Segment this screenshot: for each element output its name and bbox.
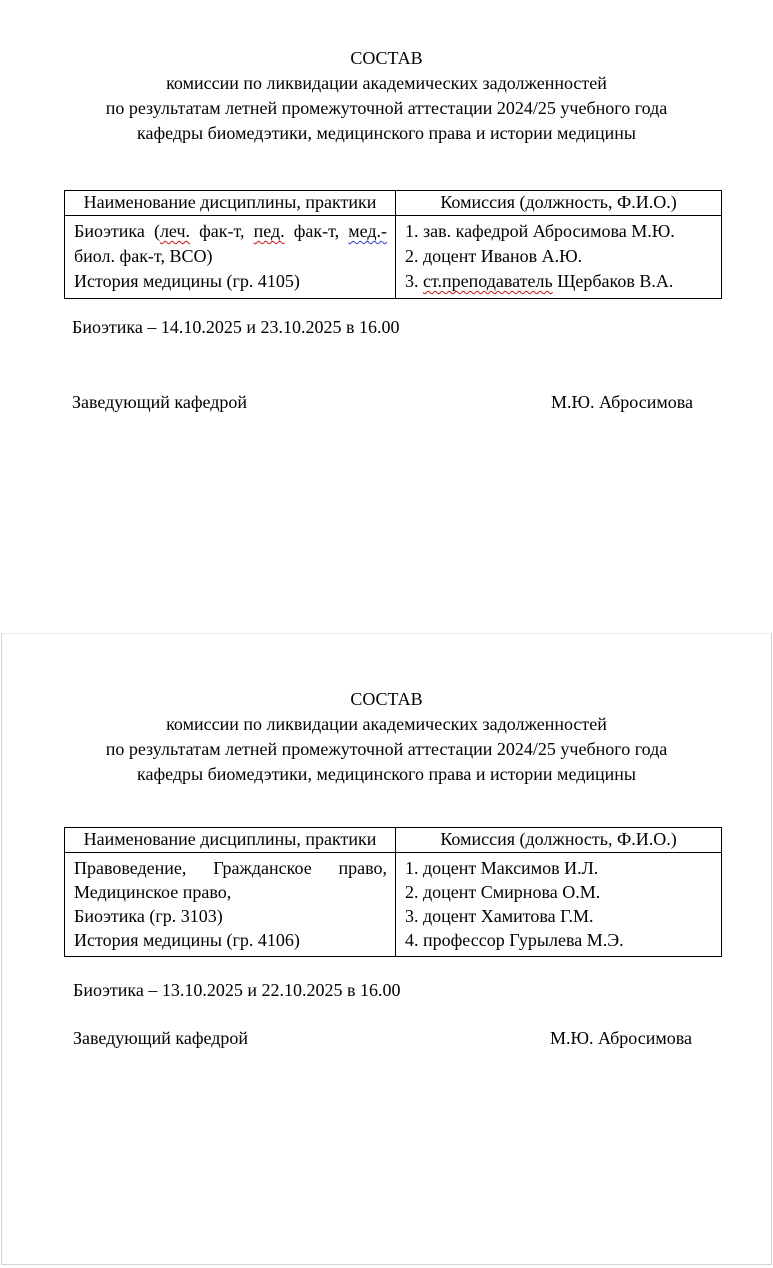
table-header-row: Наименование дисциплины, практики Комисс… (65, 191, 722, 216)
discipline-cell: Биоэтика (леч. фак-т, пед. фак-т, мед.- … (65, 216, 396, 299)
title-line: по результатам летней промежуточной атте… (2, 737, 771, 762)
discipline-line: История медицины (гр. 4105) (74, 269, 387, 294)
signature-role: Заведующий кафедрой (72, 392, 247, 413)
header-cell-discipline: Наименование дисциплины, практики (65, 191, 396, 216)
discipline-line: История медицины (гр. 4106) (74, 928, 387, 952)
header-cell-commission: Комиссия (должность, Ф.И.О.) (396, 828, 722, 853)
commission-member: 1. зав. кафедрой Абросимова М.Ю. (405, 219, 713, 244)
text-run: 3. (405, 271, 423, 291)
commission-cell: 1. доцент Максимов И.Л. 2. доцент Смирно… (396, 853, 722, 957)
commission-member: 3. ст.преподаватель Щербаков В.А. (405, 269, 713, 294)
discipline-line: Правоведение, Гражданское право, (74, 856, 387, 880)
document-page-2: СОСТАВ комиссии по ликвидации академичес… (1, 633, 772, 1265)
grammar-flagged-word: мед.- (348, 221, 387, 241)
signature-row: Заведующий кафедрой М.Ю. Абросимова (72, 392, 693, 413)
commission-table-1: Наименование дисциплины, практики Комисс… (64, 190, 722, 299)
text-run: фак-т, (285, 221, 349, 241)
text-run: фак-т, (190, 221, 254, 241)
title-line: комиссии по ликвидации академических зад… (0, 71, 773, 96)
signature-row: Заведующий кафедрой М.Ю. Абросимова (73, 1028, 692, 1049)
discipline-line: биол. фак-т, ВСО) (74, 244, 387, 269)
table-row: Правоведение, Гражданское право, Медицин… (65, 853, 722, 957)
title-line: комиссии по ликвидации академических зад… (2, 712, 771, 737)
discipline-line: Медицинское право, (74, 880, 387, 904)
title-line: по результатам летней промежуточной атте… (0, 96, 773, 121)
commission-cell: 1. зав. кафедрой Абросимова М.Ю. 2. доце… (396, 216, 722, 299)
header-cell-discipline: Наименование дисциплины, практики (65, 828, 396, 853)
title-line: СОСТАВ (0, 46, 773, 71)
commission-member: 2. доцент Иванов А.Ю. (405, 244, 713, 269)
text-run: Щербаков В.А. (553, 271, 674, 291)
table-row: Биоэтика (леч. фак-т, пед. фак-т, мед.- … (65, 216, 722, 299)
text-run: Биоэтика ( (74, 221, 160, 241)
commission-table-2: Наименование дисциплины, практики Комисс… (64, 827, 722, 957)
discipline-line: Биоэтика (леч. фак-т, пед. фак-т, мед.- (74, 219, 387, 244)
header-cell-commission: Комиссия (должность, Ф.И.О.) (396, 191, 722, 216)
exam-schedule-line: Биоэтика – 13.10.2025 и 22.10.2025 в 16.… (73, 980, 401, 1001)
misspelled-word: пед. (254, 221, 285, 241)
commission-member: 1. доцент Максимов И.Л. (405, 856, 713, 880)
table-header-row: Наименование дисциплины, практики Комисс… (65, 828, 722, 853)
exam-schedule-line: Биоэтика – 14.10.2025 и 23.10.2025 в 16.… (72, 317, 400, 338)
commission-member: 3. доцент Хамитова Г.М. (405, 904, 713, 928)
signature-role: Заведующий кафедрой (73, 1028, 248, 1049)
title-line: кафедры биомедэтики, медицинского права … (0, 121, 773, 146)
title-block-1: СОСТАВ комиссии по ликвидации академичес… (0, 46, 773, 146)
commission-member: 2. доцент Смирнова О.М. (405, 880, 713, 904)
signature-name: М.Ю. Абросимова (550, 1028, 692, 1049)
commission-member: 4. профессор Гурылева М.Э. (405, 928, 713, 952)
title-line: кафедры биомедэтики, медицинского права … (2, 762, 771, 787)
discipline-line: Биоэтика (гр. 3103) (74, 904, 387, 928)
document-page-1: СОСТАВ комиссии по ликвидации академичес… (0, 0, 773, 632)
title-line: СОСТАВ (2, 687, 771, 712)
signature-name: М.Ю. Абросимова (551, 392, 693, 413)
misspelled-word: леч. (160, 221, 190, 241)
misspelled-word: ст.преподаватель (423, 271, 553, 291)
title-block-2: СОСТАВ комиссии по ликвидации академичес… (2, 687, 771, 787)
discipline-cell: Правоведение, Гражданское право, Медицин… (65, 853, 396, 957)
